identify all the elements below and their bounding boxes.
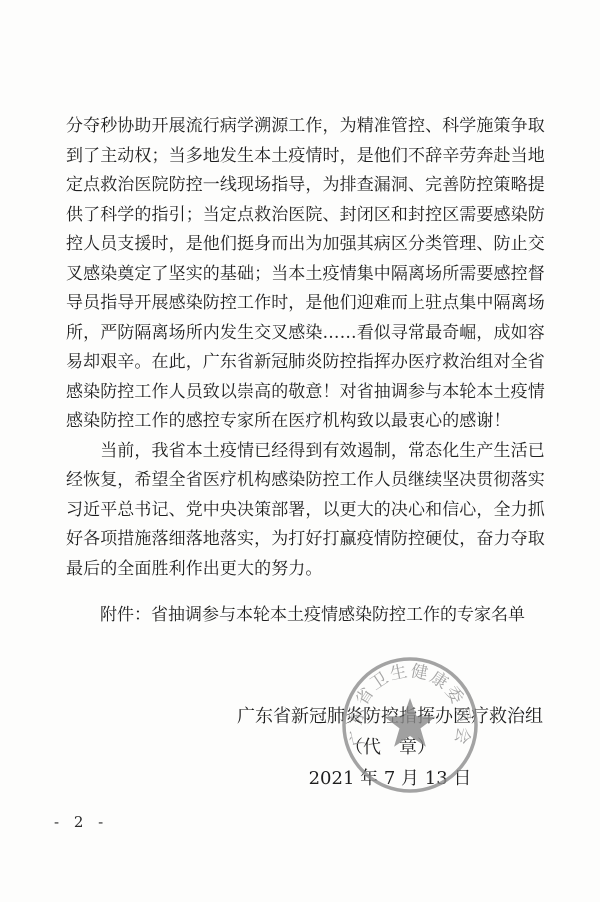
signature-block: 广东省新冠肺炎防控指挥办医疗救治组 （代 章） 2021 年 7 月 13 日 <box>236 701 544 794</box>
text-line: 到了主动权；当多地发生本土疫情时，是他们不辞辛劳奔赴当地 <box>66 142 548 172</box>
text-line: 供了科学的指引；当定点救治医院、封闭区和封控区需要感染防 <box>66 201 548 231</box>
text-line: 定点救治医院防控一线现场指导，为排查漏洞、完善防控策略提 <box>66 171 548 201</box>
text-line: 习近平总书记、党中央决策部署，以更大的决心和信心，全力抓 <box>66 496 548 526</box>
text-line: 叉感染奠定了坚实的基础；当本土疫情集中隔离场所需要感控督 <box>66 260 548 290</box>
text-line: 易却艰辛。在此，广东省新冠肺炎防控指挥办医疗救治组对全省 <box>66 348 548 378</box>
text-line: 感染防控工作人员致以崇高的敬意！对省抽调参与本轮本土疫情 <box>66 378 548 408</box>
signature-date: 2021 年 7 月 13 日 <box>236 763 544 794</box>
attachment-line: 附件：省抽调参与本轮本土疫情感染防控工作的专家名单 <box>66 601 548 631</box>
text-line: 感染防控工作的感控专家所在医疗机构致以最衷心的感谢！ <box>66 407 548 437</box>
text-line: 好各项措施落细落地落实，为打好打赢疫情防控硬仗，奋力夺取 <box>66 525 548 555</box>
document-page: 分夺秒协助开展流行病学溯源工作，为精准管控、科学施策争取到了主动权；当多地发生本… <box>0 0 600 902</box>
text-line: 经恢复，希望全省医疗机构感染防控工作人员继续坚决贯彻落实 <box>66 466 548 496</box>
text-line: 当前，我省本土疫情已经得到有效遏制，常态化生产生活已 <box>66 437 548 467</box>
signature-organization: 广东省新冠肺炎防控指挥办医疗救治组 <box>236 701 544 732</box>
text-line: 所，严防隔离场所内发生交叉感染……看似寻常最奇崛，成如容 <box>66 319 548 349</box>
text-line: 导员指导开展感染防控工作时，是他们迎难而上驻点集中隔离场 <box>66 289 548 319</box>
text-line: 最后的全面胜利作出更大的努力。 <box>66 555 548 585</box>
signature-seal-note: （代 章） <box>236 732 544 763</box>
page-number: - 2 - <box>54 813 108 831</box>
text-line: 控人员支援时，是他们挺身而出为加强其病区分类管理、防止交 <box>66 230 548 260</box>
body-text-block: 分夺秒协助开展流行病学溯源工作，为精准管控、科学施策争取到了主动权；当多地发生本… <box>66 112 548 584</box>
text-line: 分夺秒协助开展流行病学溯源工作，为精准管控、科学施策争取 <box>66 112 548 142</box>
